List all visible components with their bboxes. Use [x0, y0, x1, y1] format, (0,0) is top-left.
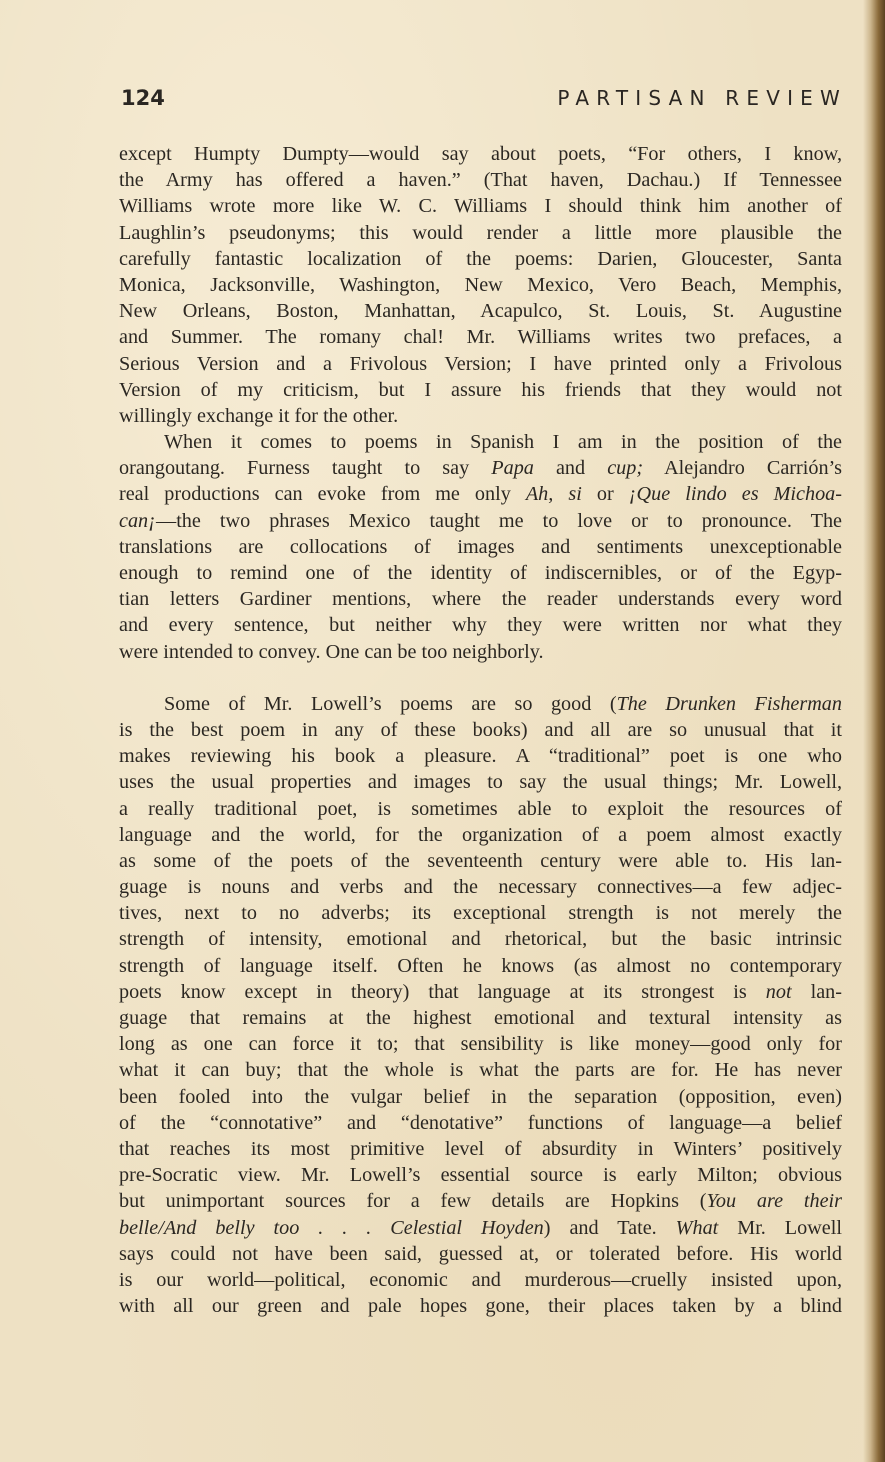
text-line: is the best poem in any of these books) … — [119, 717, 842, 743]
running-head: 124 PARTISAN REVIEW — [121, 86, 840, 116]
italic-text: Papa — [491, 457, 534, 479]
page-number: 124 — [121, 86, 165, 110]
italic-text: cup; — [607, 457, 643, 479]
text-line: orangoutang. Furness taught to say Papa … — [119, 455, 842, 481]
text-line: Version of my criticism, but I assure hi… — [119, 377, 842, 403]
text-line: Laughlin’s pseudonyms; this would render… — [119, 220, 842, 246]
text-line: language and the world, for the organiza… — [119, 822, 842, 848]
text-line: uses the usual properties and images to … — [119, 769, 842, 795]
text-line: guage that remains at the highest emotio… — [119, 1005, 842, 1031]
text-line: pre-Socratic view. Mr. Lowell’s essentia… — [119, 1162, 842, 1188]
text-line: Monica, Jacksonville, Washington, New Me… — [119, 272, 842, 298]
text-line: tian letters Gardiner mentions, where th… — [119, 586, 842, 612]
text-line: long as one can force it to; that sensib… — [119, 1031, 842, 1057]
italic-text: can¡ — [119, 510, 156, 532]
italic-text: belle/And belly too . . . Celestial Hoyd… — [119, 1217, 544, 1239]
text-line: been fooled into the vulgar belief in th… — [119, 1084, 842, 1110]
text-line: can¡—the two phrases Mexico taught me to… — [119, 508, 842, 534]
text-line: with all our green and pale hopes gone, … — [119, 1293, 842, 1319]
text-line: and every sentence, but neither why they… — [119, 612, 842, 638]
text-line: strength of intensity, emotional and rhe… — [119, 926, 842, 952]
text-line: and Summer. The romany chal! Mr. William… — [119, 324, 842, 350]
text-line: that reaches its most primitive level of… — [119, 1136, 842, 1162]
text-line: is our world—political, economic and mur… — [119, 1267, 842, 1293]
text-line: as some of the poets of the seventeenth … — [119, 848, 842, 874]
book-page: 124 PARTISAN REVIEW except Humpty Dumpty… — [0, 0, 885, 1462]
paragraph: except Humpty Dumpty—would say about poe… — [119, 141, 842, 429]
journal-title: PARTISAN REVIEW — [557, 86, 847, 110]
paragraph: When it comes to poems in Spanish I am i… — [119, 429, 842, 665]
italic-text: Ah, si — [526, 483, 582, 505]
text-line: but unimportant sources for a few detail… — [119, 1188, 842, 1214]
text-line: were intended to convey. One can be too … — [119, 639, 842, 665]
italic-text: ¡Que lindo es Michoa- — [629, 483, 842, 505]
text-line: Williams wrote more like W. C. Williams … — [119, 193, 842, 219]
text-line: real productions can evoke from me only … — [119, 481, 842, 507]
text-line: tives, next to no adverbs; its exception… — [119, 900, 842, 926]
body-text: except Humpty Dumpty—would say about poe… — [119, 141, 842, 1319]
text-line: the Army has offered a haven.” (That hav… — [119, 167, 842, 193]
text-line: guage is nouns and verbs and the necessa… — [119, 874, 842, 900]
text-line: carefully fantastic localization of the … — [119, 246, 842, 272]
italic-text: The Drunken Fisherman — [617, 693, 842, 715]
text-line: what it can buy; that the whole is what … — [119, 1057, 842, 1083]
text-line: Some of Mr. Lowell’s poems are so good (… — [119, 691, 842, 717]
text-line: says could not have been said, guessed a… — [119, 1241, 842, 1267]
text-line: strength of language itself. Often he kn… — [119, 953, 842, 979]
text-line: Serious Version and a Frivolous Version;… — [119, 351, 842, 377]
text-line: poets know except in theory) that langua… — [119, 979, 842, 1005]
paragraph: Some of Mr. Lowell’s poems are so good (… — [119, 691, 842, 1320]
text-line: makes reviewing his book a pleasure. A “… — [119, 743, 842, 769]
text-line: translations are collocations of images … — [119, 534, 842, 560]
text-line: except Humpty Dumpty—would say about poe… — [119, 141, 842, 167]
binding-edge-shadow — [863, 0, 885, 1462]
text-line: of the “connotative” and “denotative” fu… — [119, 1110, 842, 1136]
text-line: When it comes to poems in Spanish I am i… — [119, 429, 842, 455]
italic-text: not — [766, 981, 792, 1003]
text-line: a really traditional poet, is sometimes … — [119, 796, 842, 822]
italic-text: What — [676, 1217, 719, 1239]
text-line: enough to remind one of the identity of … — [119, 560, 842, 586]
text-line: belle/And belly too . . . Celestial Hoyd… — [119, 1215, 842, 1241]
section-break — [119, 665, 842, 691]
text-line: New Orleans, Boston, Manhattan, Acapulco… — [119, 298, 842, 324]
text-line: willingly exchange it for the other. — [119, 403, 842, 429]
italic-text: You are their — [707, 1190, 842, 1212]
